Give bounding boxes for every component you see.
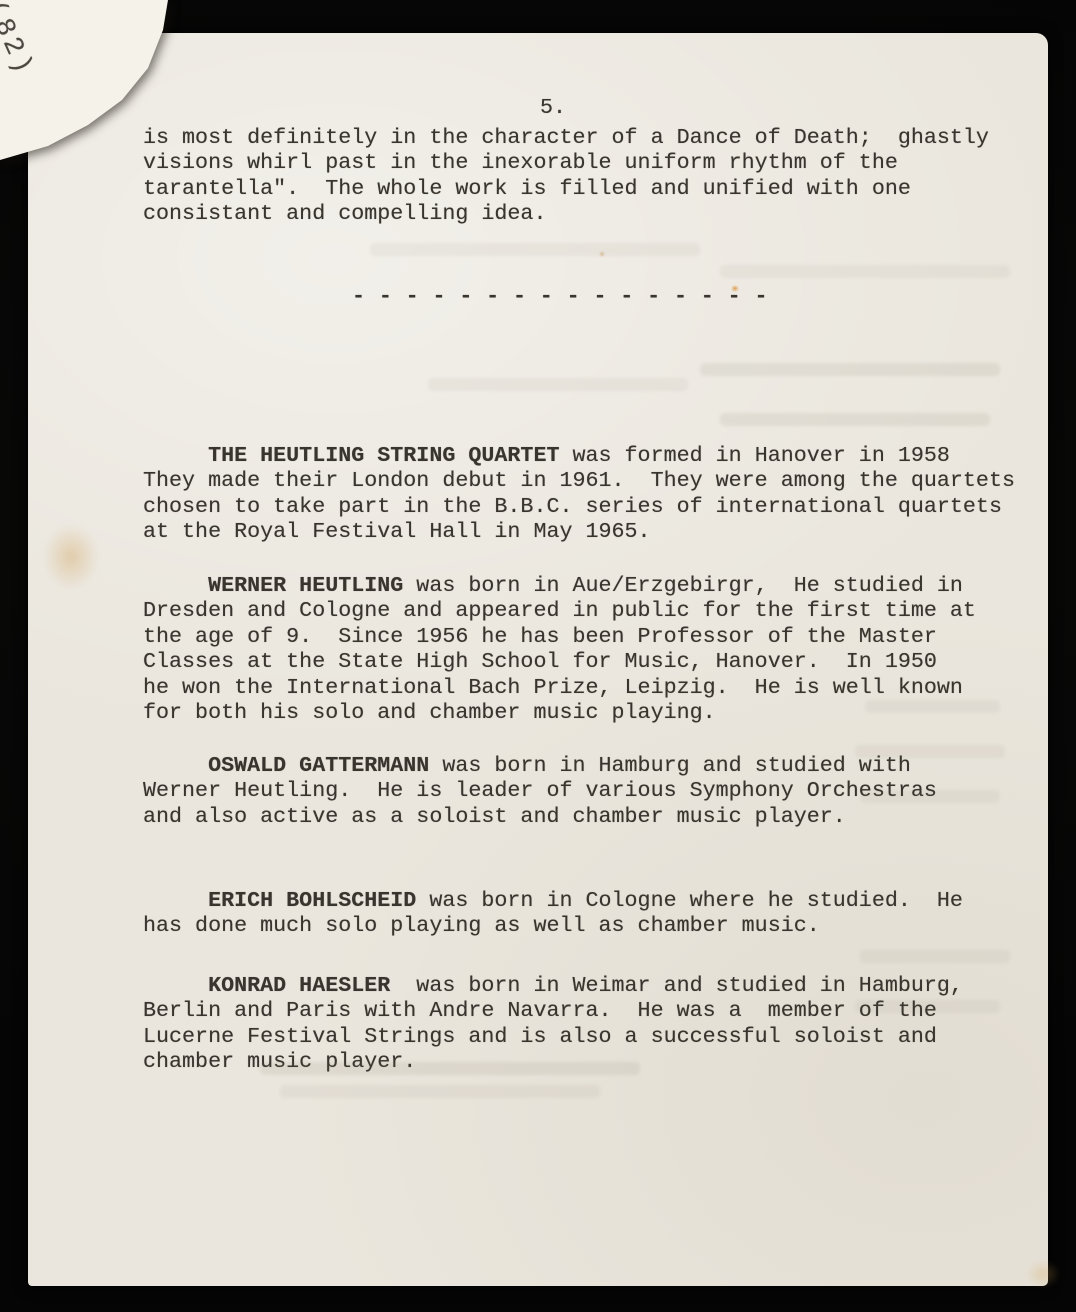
paragraph-erich-bohlscheid: ERICH BOHLSCHEID was born in Cologne whe… (143, 888, 963, 939)
scanned-document-photo: 5. is most definitely in the character o… (0, 0, 1076, 1312)
stain-bottom-corner (1020, 1255, 1066, 1293)
paragraph-lead: WERNER HEUTLING (143, 573, 403, 598)
paragraph-quartet-intro: THE HEUTLING STRING QUARTET was formed i… (143, 443, 1015, 545)
paragraph-werner-heutling: WERNER HEUTLING was born in Aue/Erzgebir… (143, 573, 976, 725)
stain-speck (599, 251, 605, 257)
stain-left-edge (32, 511, 110, 603)
typed-divider-line: - - - - - - - - - - - - - - - - (352, 284, 768, 309)
paragraph-work-description: is most definitely in the character of a… (143, 125, 989, 227)
document-page: 5. is most definitely in the character o… (28, 33, 1048, 1286)
paragraph-lead: ERICH BOHLSCHEID (143, 888, 416, 913)
paragraph-lead: KONRAD HAESLER (143, 973, 390, 998)
paragraph-oswald-gattermann: OSWALD GATTERMANN was born in Hamburg an… (143, 753, 937, 829)
page-number: 5. (540, 95, 566, 120)
paragraph-body: is most definitely in the character of a… (143, 125, 989, 226)
paragraph-lead: OSWALD GATTERMANN (143, 753, 429, 778)
paragraph-konrad-haesler: KONRAD HAESLER was born in Weimar and st… (143, 973, 963, 1075)
stain-speck (731, 285, 739, 292)
paragraph-lead: THE HEUTLING STRING QUARTET (143, 443, 559, 468)
